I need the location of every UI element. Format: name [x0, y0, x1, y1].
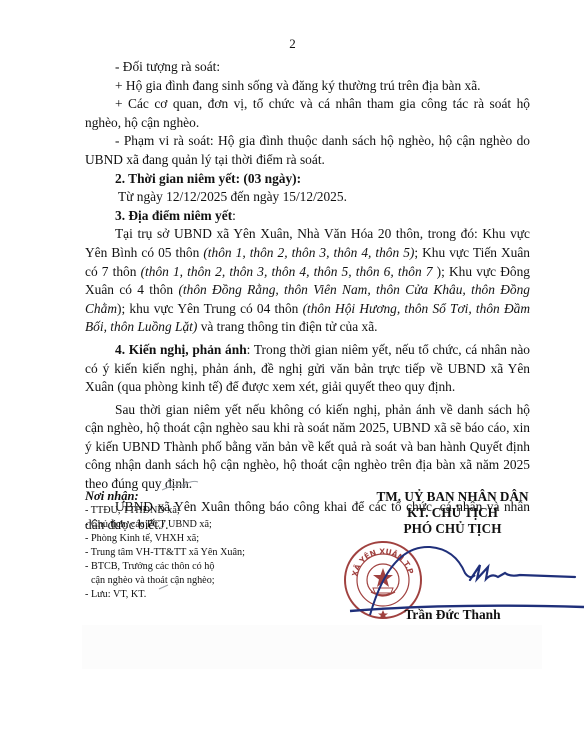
review-subject-households: + Hộ gia đình đang sinh sống và đăng ký … — [85, 77, 530, 96]
signature-org: TM. UỶ BAN NHÂN DÂN — [345, 489, 560, 505]
posting-period: Từ ngày 12/12/2025 đến ngày 15/12/2025. — [85, 188, 530, 207]
review-subjects-label: - Đối tượng rà soát: — [85, 58, 530, 77]
signature-authority: KT. CHỦ TỊCH — [345, 505, 560, 521]
section-3-heading-line: 3. Địa điểm niêm yết: — [85, 207, 530, 226]
section-4-paragraph: 4. Kiến nghị, phản ánh: Trong thời gian … — [85, 341, 530, 397]
signature-block: TM. UỶ BAN NHÂN DÂN KT. CHỦ TỊCH PHÓ CHỦ… — [345, 489, 560, 537]
recipient-item: - Trung tâm VH-TT&TT xã Yên Xuân; — [85, 546, 325, 560]
recipient-item: - Phòng Kinh tế, VHXH xã; — [85, 532, 325, 546]
pen-dot-mark — [158, 584, 170, 590]
recipient-item: cận nghèo và thoát cận nghèo; — [85, 574, 325, 588]
page-number: 2 — [0, 36, 585, 52]
recipient-item: - TTĐU, TTHĐND xã; — [85, 504, 325, 518]
document-body: - Đối tượng rà soát: + Hộ gia đình đang … — [85, 58, 530, 535]
recipient-item: - Lưu: VT, KT. — [85, 588, 325, 602]
recipient-item: - Chủ tịch, các PCT UBND xã; — [85, 518, 325, 532]
recipients-list: Nơi nhận: - TTĐU, TTHĐND xã; - Chủ tịch,… — [85, 489, 325, 602]
signer-name: Trần Đức Thanh — [345, 607, 560, 623]
recipients-title: Nơi nhận: — [85, 489, 325, 504]
review-scope: - Phạm vi rà soát: Hộ gia đình thuộc dan… — [85, 132, 530, 169]
section-3-heading: 3. Địa điểm niêm yết — [115, 208, 232, 223]
recipient-item: - BTCB, Trưởng các thôn có hộ — [85, 560, 325, 574]
section-2-heading: 2. Thời gian niêm yết: (03 ngày): — [85, 170, 530, 189]
section-4-heading: 4. Kiến nghị, phản ánh — [115, 342, 247, 357]
review-subject-agencies: + Các cơ quan, đơn vị, tổ chức và cá nhâ… — [85, 95, 530, 132]
page-bottom-shade — [82, 625, 542, 669]
post-posting-paragraph: Sau thời gian niêm yết nếu không có kiến… — [85, 401, 530, 494]
posting-locations: Tại trụ sở UBND xã Yên Xuân, Nhà Văn Hóa… — [85, 225, 530, 337]
document-page: 2 - Đối tượng rà soát: + Hộ gia đình đan… — [0, 0, 585, 731]
